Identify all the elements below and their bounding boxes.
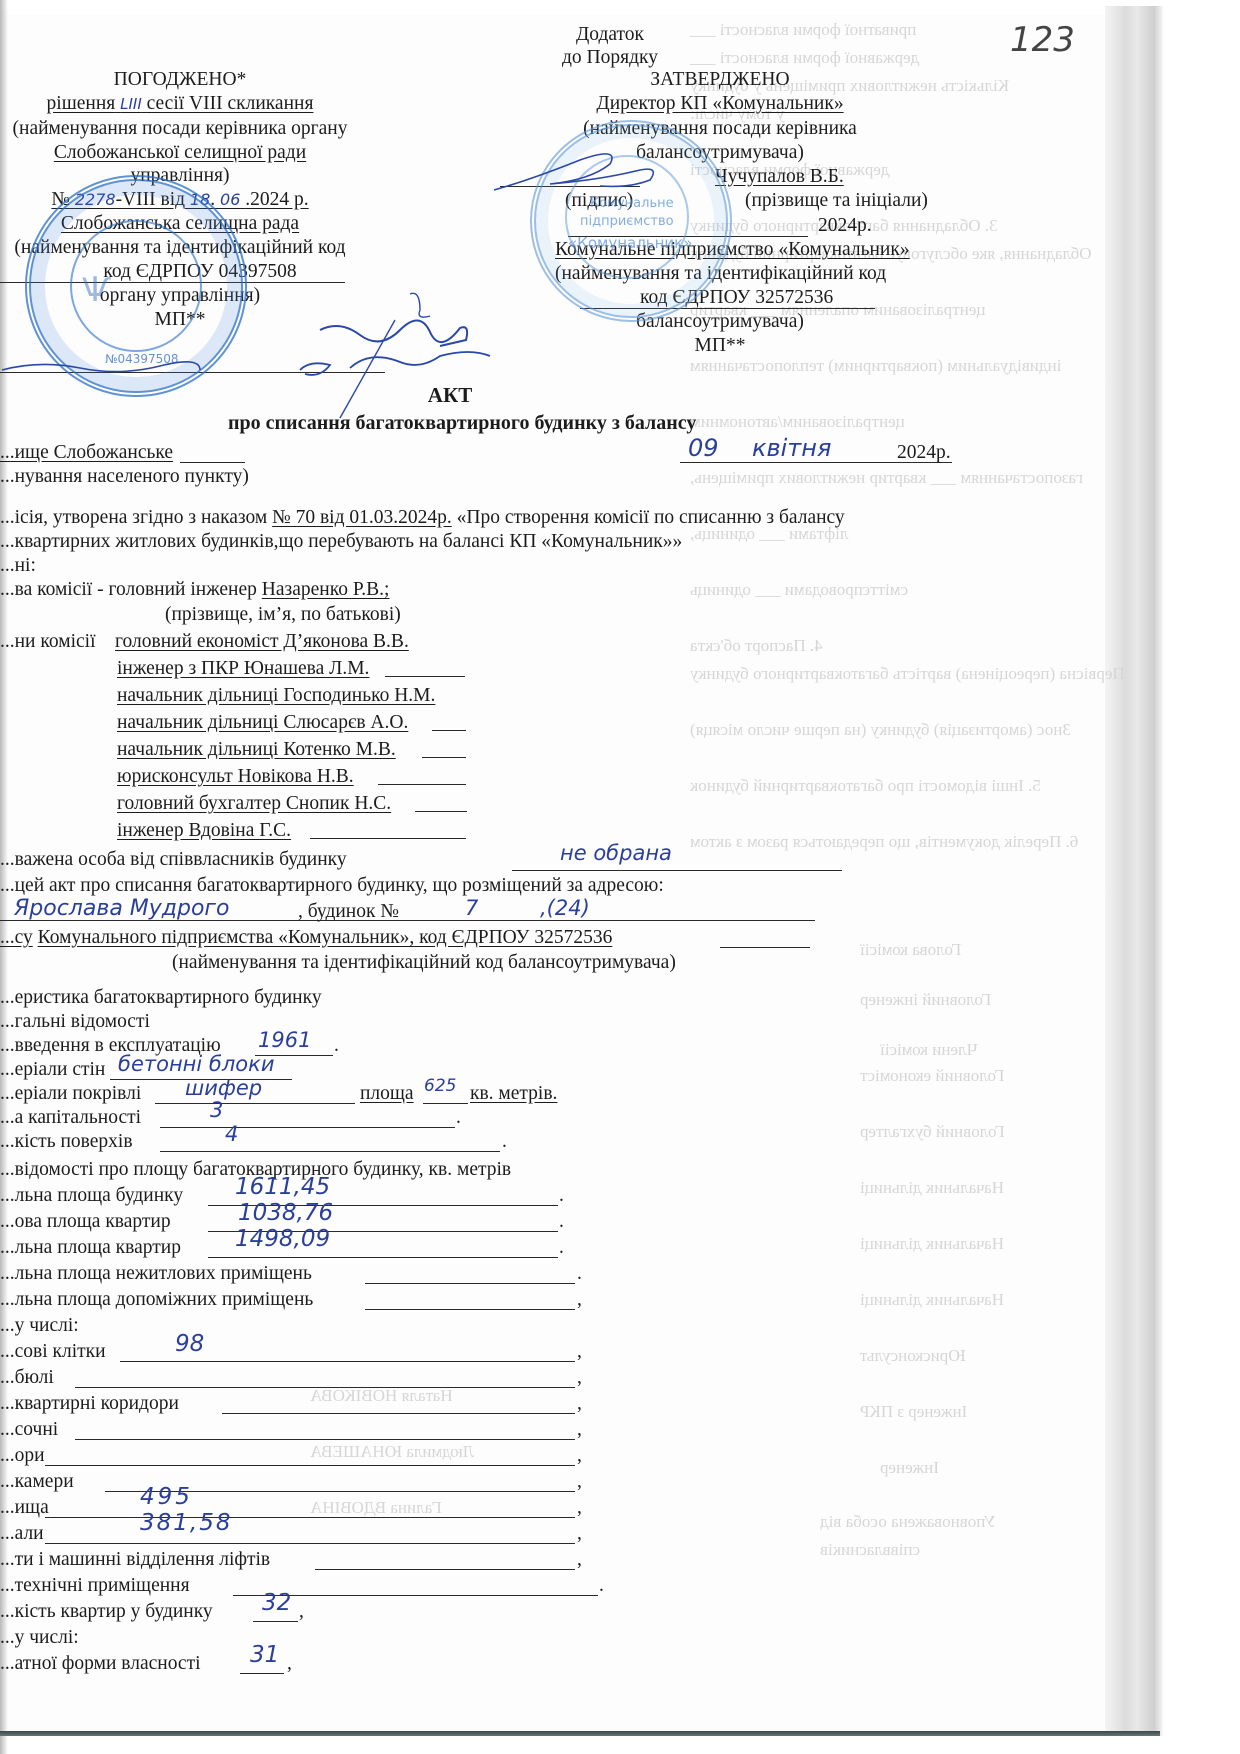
commission-line-2: ...квартирних житлових будинків,що переб…: [0, 532, 682, 552]
field-line: [45, 1517, 575, 1518]
commission-intro: ...ісія, утворена згідно з наказом: [0, 507, 267, 528]
aux-corridors-label: ...квартирні коридори: [0, 1394, 179, 1414]
house-extra-handwritten: ,(24): [540, 898, 590, 919]
settlement-caption: ...нування населеного пункту): [0, 467, 249, 487]
member-item: начальник дільниці Котенко М.В.: [117, 740, 396, 760]
area-total-value: 1611,45: [235, 1176, 330, 1199]
aux-basements-label: ...али: [0, 1524, 44, 1544]
apartments-count-label: ...кість квартир у будинку: [0, 1602, 213, 1622]
agreed-caption-head-1: (найменування посади керівника органу: [0, 119, 360, 139]
field-end: .: [559, 1238, 564, 1258]
including-label: ...у числі:: [0, 1316, 79, 1336]
member-line-fill: [422, 757, 466, 758]
field-line: [120, 1361, 575, 1362]
area-total-label: ...льна площа будинку: [0, 1186, 183, 1206]
area-living-label: ...ова площа квартир: [0, 1212, 171, 1232]
commission-line-1: ...ісія, утворена згідно з наказом № 70 …: [0, 508, 845, 528]
area-apartments-label: ...льна площа квартир: [0, 1238, 181, 1258]
field-roof-material-label: ...еріали покрівлі: [0, 1084, 141, 1104]
authorized-person-label: ...важена особа від співвласників будинк…: [0, 850, 347, 870]
chair-caption: (прізвище, ім’я, по батькові): [165, 605, 401, 625]
characteristics-heading: ...еристика багатоквартирного будинку: [0, 988, 322, 1008]
field-commissioning-year-value: 1961: [258, 1030, 311, 1051]
field-end: .: [599, 1576, 604, 1596]
agreed-title: ПОГОДЖЕНО*: [0, 70, 360, 90]
decision-suffix: сесії VIII скликання: [147, 93, 314, 114]
field-line: [160, 1127, 455, 1128]
private-ownership-value: 31: [250, 1644, 279, 1667]
private-ownership-line: [240, 1673, 284, 1674]
aux-chambers-label: ...камери: [0, 1472, 74, 1492]
aux-attics-value: 495: [140, 1486, 193, 1509]
authorized-person-handwritten: не обрана: [560, 843, 672, 864]
order-reference: № 70 від 01.03.2024р.: [272, 507, 452, 528]
general-info-heading: ...гальні відомості: [0, 1012, 150, 1032]
field-wall-material-value: бетонні блоки: [118, 1054, 274, 1075]
member-item: інженер Вдовіна Г.С.: [117, 821, 291, 841]
private-ownership-comma: ,: [287, 1654, 292, 1674]
decision-prefix: рішення: [47, 93, 116, 114]
annex-label: Додаток: [540, 25, 680, 45]
field-end: ,: [577, 1420, 582, 1440]
field-wall-material-label: ...еріали стін: [0, 1060, 105, 1080]
member-line-fill: [378, 784, 466, 785]
field-line: [222, 1413, 575, 1414]
field-roof-material-value: шифер: [185, 1078, 262, 1099]
field-end: .: [577, 1264, 582, 1284]
apartments-count-line: [253, 1621, 298, 1622]
field-end: ,: [577, 1550, 582, 1570]
balance-line: ...су Комунального підприємства «Комунал…: [0, 928, 612, 948]
aux-lobbies-label: ...бюлі: [0, 1368, 54, 1388]
members-label: ...ни комісії: [0, 632, 95, 652]
house-number-handwritten: 7: [465, 898, 478, 919]
field-capital-class-value: 3: [210, 1100, 223, 1121]
field-end: .: [502, 1132, 507, 1152]
area-nonresidential-label: ...льна площа нежитлових приміщень: [0, 1264, 312, 1284]
approved-seal-label: МП**: [555, 336, 885, 356]
field-line: [365, 1283, 575, 1284]
field-line: [155, 1103, 355, 1104]
field-end: ,: [577, 1524, 582, 1544]
aux-room-5-label: ...ори: [0, 1446, 45, 1466]
member-line-fill: [385, 676, 465, 677]
page-number: 123: [1010, 20, 1075, 60]
act-subtitle: про списання багатоквартирного будинку з…: [228, 413, 696, 433]
field-end: ,: [577, 1446, 582, 1466]
field-end: .: [334, 1036, 339, 1056]
area-auxiliary-label: ...льна площа допоміжних приміщень: [0, 1290, 313, 1310]
field-end: ,: [577, 1498, 582, 1518]
field-line: [45, 1465, 575, 1466]
field-line: [45, 1543, 575, 1544]
member-line-fill: [310, 838, 466, 839]
address-intro: ...цей акт про списання багатоквартирног…: [0, 876, 664, 896]
approved-signature: [490, 140, 690, 210]
field-end: .: [559, 1212, 564, 1232]
commission-chair: ...ва комісії - головний інженер Назарен…: [0, 580, 389, 600]
field-capital-class-label: ...а капітальності: [0, 1108, 141, 1128]
approved-position: Директор КП «Комунальник»: [560, 94, 880, 114]
approved-year: 2024р.: [818, 216, 872, 236]
chair-name: Назаренко Р.В.;: [262, 579, 390, 600]
field-line: [423, 1103, 468, 1104]
page-stack-edge: [1105, 6, 1163, 1736]
page-bottom-edge: [0, 1731, 1160, 1736]
field-line: [75, 1387, 575, 1388]
area-living-value: 1038,76: [238, 1202, 333, 1225]
field-end: ,: [577, 1472, 582, 1492]
act-title: АКТ: [300, 385, 600, 406]
member-item: начальник дільниці Господинько Н.М.: [117, 686, 435, 706]
roof-area-label: площа: [360, 1084, 414, 1104]
field-line: [75, 1439, 575, 1440]
chair-position: ...ва комісії - головний інженер: [0, 579, 257, 600]
private-ownership-label: ...атної форми власності: [0, 1654, 201, 1674]
approved-caption-name: (прізвище та ініціали): [745, 191, 928, 211]
aux-elevator-rooms-label: ...ти і машинні відділення ліфтів: [0, 1550, 270, 1570]
right-stamp-center-2: підприємство: [580, 214, 674, 229]
field-end: ,: [577, 1290, 582, 1310]
house-label: , будинок №: [298, 902, 399, 922]
roof-area-value: 625: [424, 1078, 456, 1095]
member-item: головний бухгалтер Снопик Н.С.: [117, 794, 391, 814]
balance-holder: Комунального підприємства «Комунальник»,…: [38, 927, 613, 948]
member-item: головний економіст Д’яконова В.В.: [115, 632, 409, 652]
aux-attics-label: ...ища: [0, 1498, 49, 1518]
decision-number-handwritten: LIII: [120, 95, 142, 113]
field-line: [315, 1569, 575, 1570]
settlement-name: ...ище Слобожанське: [0, 443, 173, 463]
aux-staircases-value: 98: [175, 1333, 204, 1356]
field-floors-value: 4: [225, 1124, 238, 1145]
field-end: .: [559, 1186, 564, 1206]
field-end: ,: [577, 1368, 582, 1388]
decision-year: .2024 р.: [245, 189, 308, 210]
aux-staircases-label: ...сові клітки: [0, 1342, 106, 1362]
apartments-including-label: ...у числі:: [0, 1628, 79, 1648]
approved-title: ЗАТВЕРДЖЕНО: [560, 70, 880, 90]
annex-procedure: до Порядку: [540, 48, 680, 68]
act-date-year: 2024р.: [897, 443, 951, 463]
member-line-fill: [415, 811, 467, 812]
composition-label: ...ні:: [0, 556, 36, 576]
member-item: юрисконсульт Новікова Н.В.: [117, 767, 354, 787]
council-name: Слобожанської селищної ради: [0, 143, 360, 163]
act-date-day-handwritten: 09: [688, 436, 719, 460]
aux-technical-rooms-label: ...технічні приміщення: [0, 1576, 190, 1596]
field-end: ,: [577, 1342, 582, 1362]
aux-basements-value: 381,58: [140, 1512, 232, 1535]
aux-room-4-label: ...сочні: [0, 1420, 58, 1440]
settlement-underline: [180, 462, 245, 463]
field-line: [208, 1257, 558, 1258]
apartments-count-comma: ,: [299, 1602, 304, 1622]
field-floors-label: ...кість поверхів: [0, 1132, 133, 1152]
member-item: інженер з ПКР Юнашева Л.М.: [117, 659, 369, 679]
balance-caption: (найменування та ідентифікаційний код ба…: [172, 953, 676, 973]
field-line: [365, 1309, 575, 1310]
agreed-decision: рішення LIII сесії VIII скликання: [0, 94, 360, 114]
act-date-month-handwritten: квітня: [752, 436, 831, 460]
field-end: .: [456, 1108, 461, 1128]
roof-area-unit: кв. метрів.: [470, 1084, 557, 1104]
area-apartments-value: 1498,09: [235, 1228, 330, 1251]
authorized-person-line: [512, 870, 842, 871]
decision-month-handwritten: 06: [220, 190, 240, 209]
street-handwritten: Ярослава Мудрого: [14, 898, 229, 920]
member-item: начальник дільниці Слюсарєв А.О.: [117, 713, 408, 733]
apartments-count-value: 32: [262, 1592, 291, 1615]
right-stamp-center-3: «Комунальник»: [568, 234, 692, 252]
approved-signatory: Чучупалов В.Б.: [715, 167, 844, 187]
balance-line-fill: [720, 947, 810, 948]
order-title-start: «Про створення комісії по списанню з бал…: [457, 507, 845, 528]
agreed-caption-head-2: управління): [0, 166, 360, 186]
member-line-fill: [432, 730, 466, 731]
balance-prefix: ...су: [0, 927, 33, 948]
field-end: ,: [577, 1394, 582, 1414]
field-line: [160, 1151, 500, 1152]
